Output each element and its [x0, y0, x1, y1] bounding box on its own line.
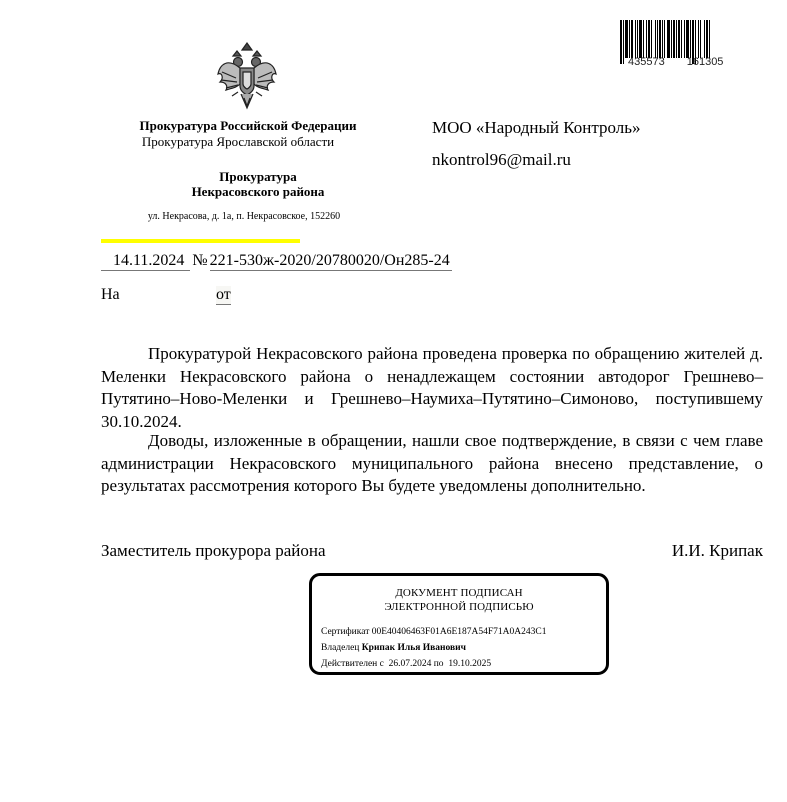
esig-cert-label: Сертификат — [321, 627, 369, 637]
russian-coat-of-arms-icon — [216, 40, 278, 114]
org-district-name-line1: Прокуратура — [110, 169, 406, 184]
org-federal-name: Прокуратура Российской Федерации — [110, 118, 386, 133]
esig-cert-value: 00E40406463F01A6E187A54F71A0A243C1 — [372, 627, 547, 637]
esig-valid-to-label: по — [434, 659, 444, 669]
barcode-numbers: 435573161305 — [628, 56, 778, 68]
recipient-name: МОО «Народный Контроль» — [432, 118, 641, 138]
body-paragraph: Доводы, изложенные в обращении, нашли св… — [101, 430, 763, 498]
esig-validity-row: Действителен с 26.07.2024 по 19.10.2025 — [321, 659, 491, 669]
barcode-number-1: 435573 — [628, 56, 665, 68]
recipient-email: nkontrol96@mail.ru — [432, 150, 571, 170]
esig-valid-label: Действителен с — [321, 659, 384, 669]
registration-date: 14.11.2024 — [101, 252, 190, 271]
esig-valid-from: 26.07.2024 — [389, 659, 432, 669]
esig-valid-to: 19.10.2025 — [448, 659, 491, 669]
esig-title-line1: ДОКУМЕНТ ПОДПИСАН — [312, 587, 606, 599]
esig-owner-label: Владелец — [321, 643, 359, 653]
barcode-number-2: 161305 — [687, 56, 724, 68]
esig-owner-row: Владелец Крипак Илья Иванович — [321, 643, 466, 653]
reply-to-label: На — [101, 286, 120, 304]
highlight-bar — [101, 239, 300, 243]
from-label: от — [216, 286, 231, 305]
signer-title: Заместитель прокурора района — [101, 541, 326, 561]
esig-certificate-row: Сертификат 00E40406463F01A6E187A54F71A0A… — [321, 627, 546, 637]
org-regional-name: Прокуратура Ярославской области — [110, 134, 366, 149]
signer-name: И.И. Крипак — [672, 541, 763, 561]
registration-line: 14.11.2024№221-530ж-2020/20780020/Он285-… — [101, 252, 452, 271]
registration-number: 221-530ж-2020/20780020/Он285-24 — [210, 252, 452, 271]
org-district-name-line2: Некрасовского района — [110, 184, 406, 199]
esig-title-line2: ЭЛЕКТРОННОЙ ПОДПИСЬЮ — [312, 601, 606, 613]
registration-number-label: № — [192, 252, 207, 269]
electronic-signature-stamp: ДОКУМЕНТ ПОДПИСАН ЭЛЕКТРОННОЙ ПОДПИСЬЮ С… — [309, 573, 609, 675]
body-paragraph: Прокуратурой Некрасовского района провед… — [101, 343, 763, 433]
esig-owner-value: Крипак Илья Иванович — [362, 643, 466, 653]
org-address: ул. Некрасова, д. 1а, п. Некрасовское, 1… — [110, 209, 378, 224]
